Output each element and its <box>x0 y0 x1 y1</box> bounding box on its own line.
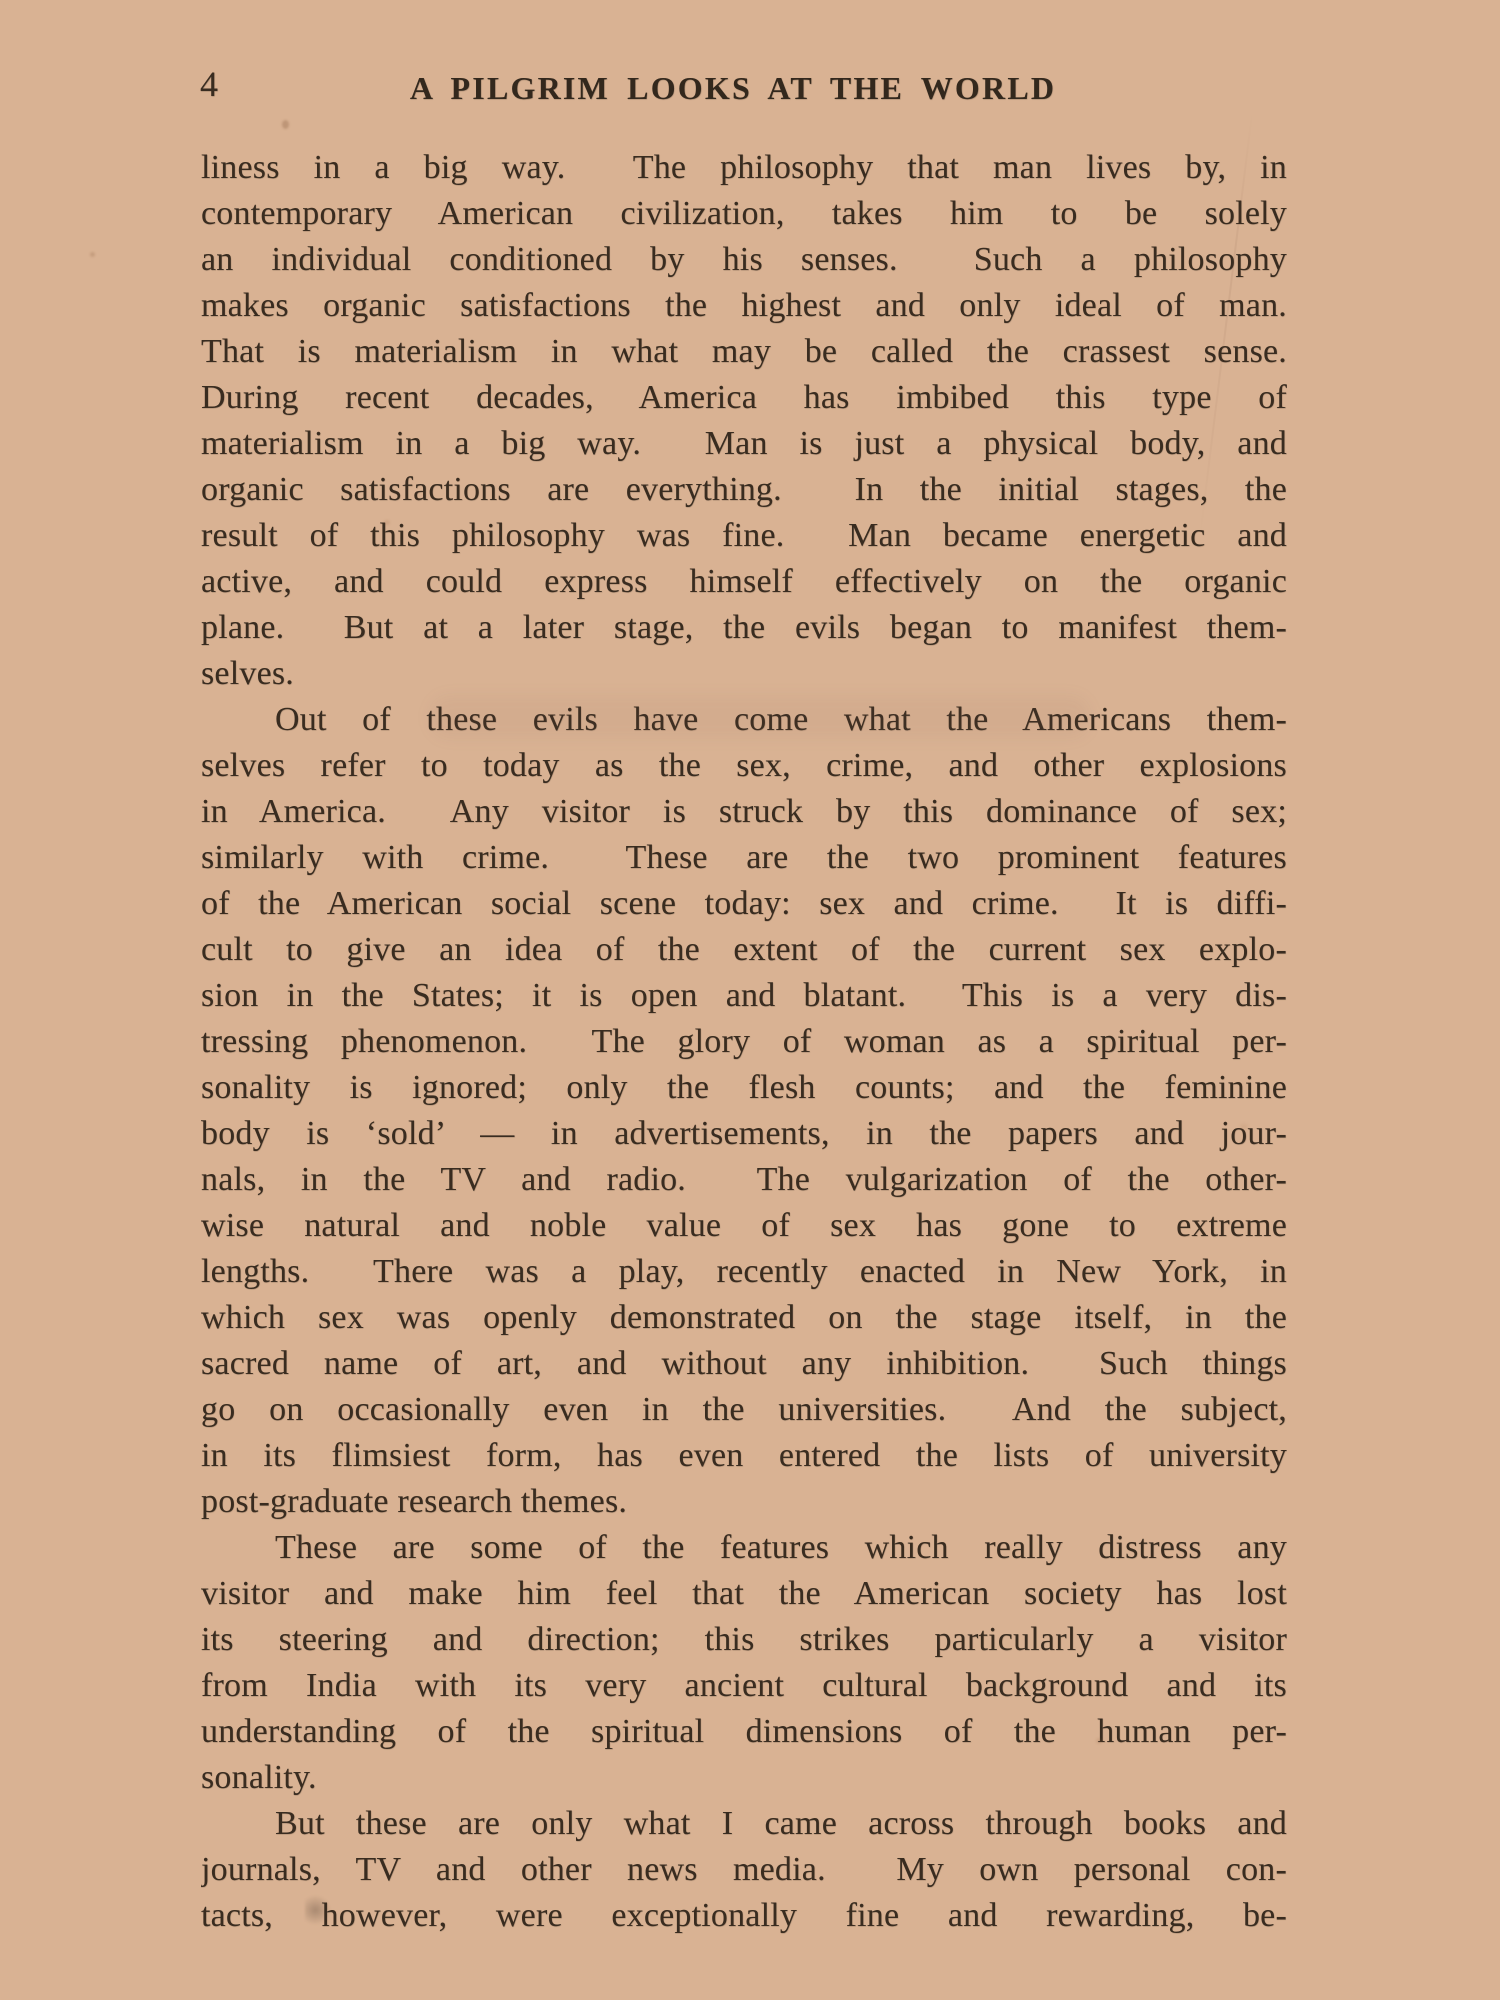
paper-speck <box>1096 1738 1102 1744</box>
paragraph: Out of these evils have come what the Am… <box>201 697 1287 1525</box>
text-line: makes organic satisfactions the highest … <box>201 283 1287 329</box>
text-line: tressing phenomenon. The glory of woman … <box>201 1019 1287 1065</box>
text-line: sonality is ignored; only the flesh coun… <box>201 1065 1287 1111</box>
text-line: lengths. There was a play, recently enac… <box>201 1249 1287 1295</box>
paper-speck <box>282 120 289 129</box>
text-line: result of this philosophy was fine. Man … <box>201 513 1287 559</box>
text-line: sion in the States; it is open and blata… <box>201 973 1287 1019</box>
text-line: of the American social scene today: sex … <box>201 881 1287 927</box>
text-line: selves. <box>201 651 1287 697</box>
ink-showthrough <box>430 696 1090 738</box>
text-line: plane. But at a later stage, the evils b… <box>201 605 1287 651</box>
text-line: similarly with crime. These are the two … <box>201 835 1287 881</box>
paragraph: But these are only what I came across th… <box>201 1801 1287 1939</box>
text-line: tacts, however, were exceptionally fine … <box>201 1893 1287 1939</box>
text-line: post-graduate research themes. <box>201 1479 1287 1525</box>
paper-speck <box>90 252 95 257</box>
text-line: organic satisfactions are everything. In… <box>201 467 1287 513</box>
text-line: liness in a big way. The philosophy that… <box>201 145 1287 191</box>
scanned-book-page: 4 A PILGRIM LOOKS AT THE WORLD liness in… <box>0 0 1500 2000</box>
text-line: wise natural and noble value of sex has … <box>201 1203 1287 1249</box>
text-line: journals, TV and other news media. My ow… <box>201 1847 1287 1893</box>
paragraph: These are some of the features which rea… <box>201 1525 1287 1801</box>
text-line: sacred name of art, and without any inhi… <box>201 1341 1287 1387</box>
text-line: active, and could express himself effect… <box>201 559 1287 605</box>
text-line: in America. Any visitor is struck by thi… <box>201 789 1287 835</box>
text-line: But these are only what I came across th… <box>201 1801 1287 1847</box>
text-line: materialism in a big way. Man is just a … <box>201 421 1287 467</box>
text-line: cult to give an idea of the extent of th… <box>201 927 1287 973</box>
running-header-title: A PILGRIM LOOKS AT THE WORLD <box>410 70 1056 106</box>
text-line: During recent decades, America has imbib… <box>201 375 1287 421</box>
text-line: which sex was openly demonstrated on the… <box>201 1295 1287 1341</box>
text-line: body is ‘sold’ — in advertisements, in t… <box>201 1111 1287 1157</box>
text-line: sonality. <box>201 1755 1287 1801</box>
text-line: visitor and make him feel that the Ameri… <box>201 1571 1287 1617</box>
text-line: its steering and direction; this strikes… <box>201 1617 1287 1663</box>
text-line: These are some of the features which rea… <box>201 1525 1287 1571</box>
text-line: nals, in the TV and radio. The vulgariza… <box>201 1157 1287 1203</box>
page-number: 4 <box>200 64 219 104</box>
text-line: go on occasionally even in the universit… <box>201 1387 1287 1433</box>
text-line: That is materialism in what may be calle… <box>201 329 1287 375</box>
text-line: from India with its very ancient cultura… <box>201 1663 1287 1709</box>
text-line: in its flimsiest form, has even entered … <box>201 1433 1287 1479</box>
text-line: understanding of the spiritual dimension… <box>201 1709 1287 1755</box>
text-line: contemporary American civilization, take… <box>201 191 1287 237</box>
paragraph: liness in a big way. The philosophy that… <box>201 145 1287 697</box>
text-line: selves refer to today as the sex, crime,… <box>201 743 1287 789</box>
text-line: an individual conditioned by his senses.… <box>201 237 1287 283</box>
paper-speck <box>384 520 390 525</box>
ink-blot <box>305 1895 331 1925</box>
paper-speck <box>1240 1124 1248 1130</box>
page-text-block: liness in a big way. The philosophy that… <box>201 145 1287 1939</box>
